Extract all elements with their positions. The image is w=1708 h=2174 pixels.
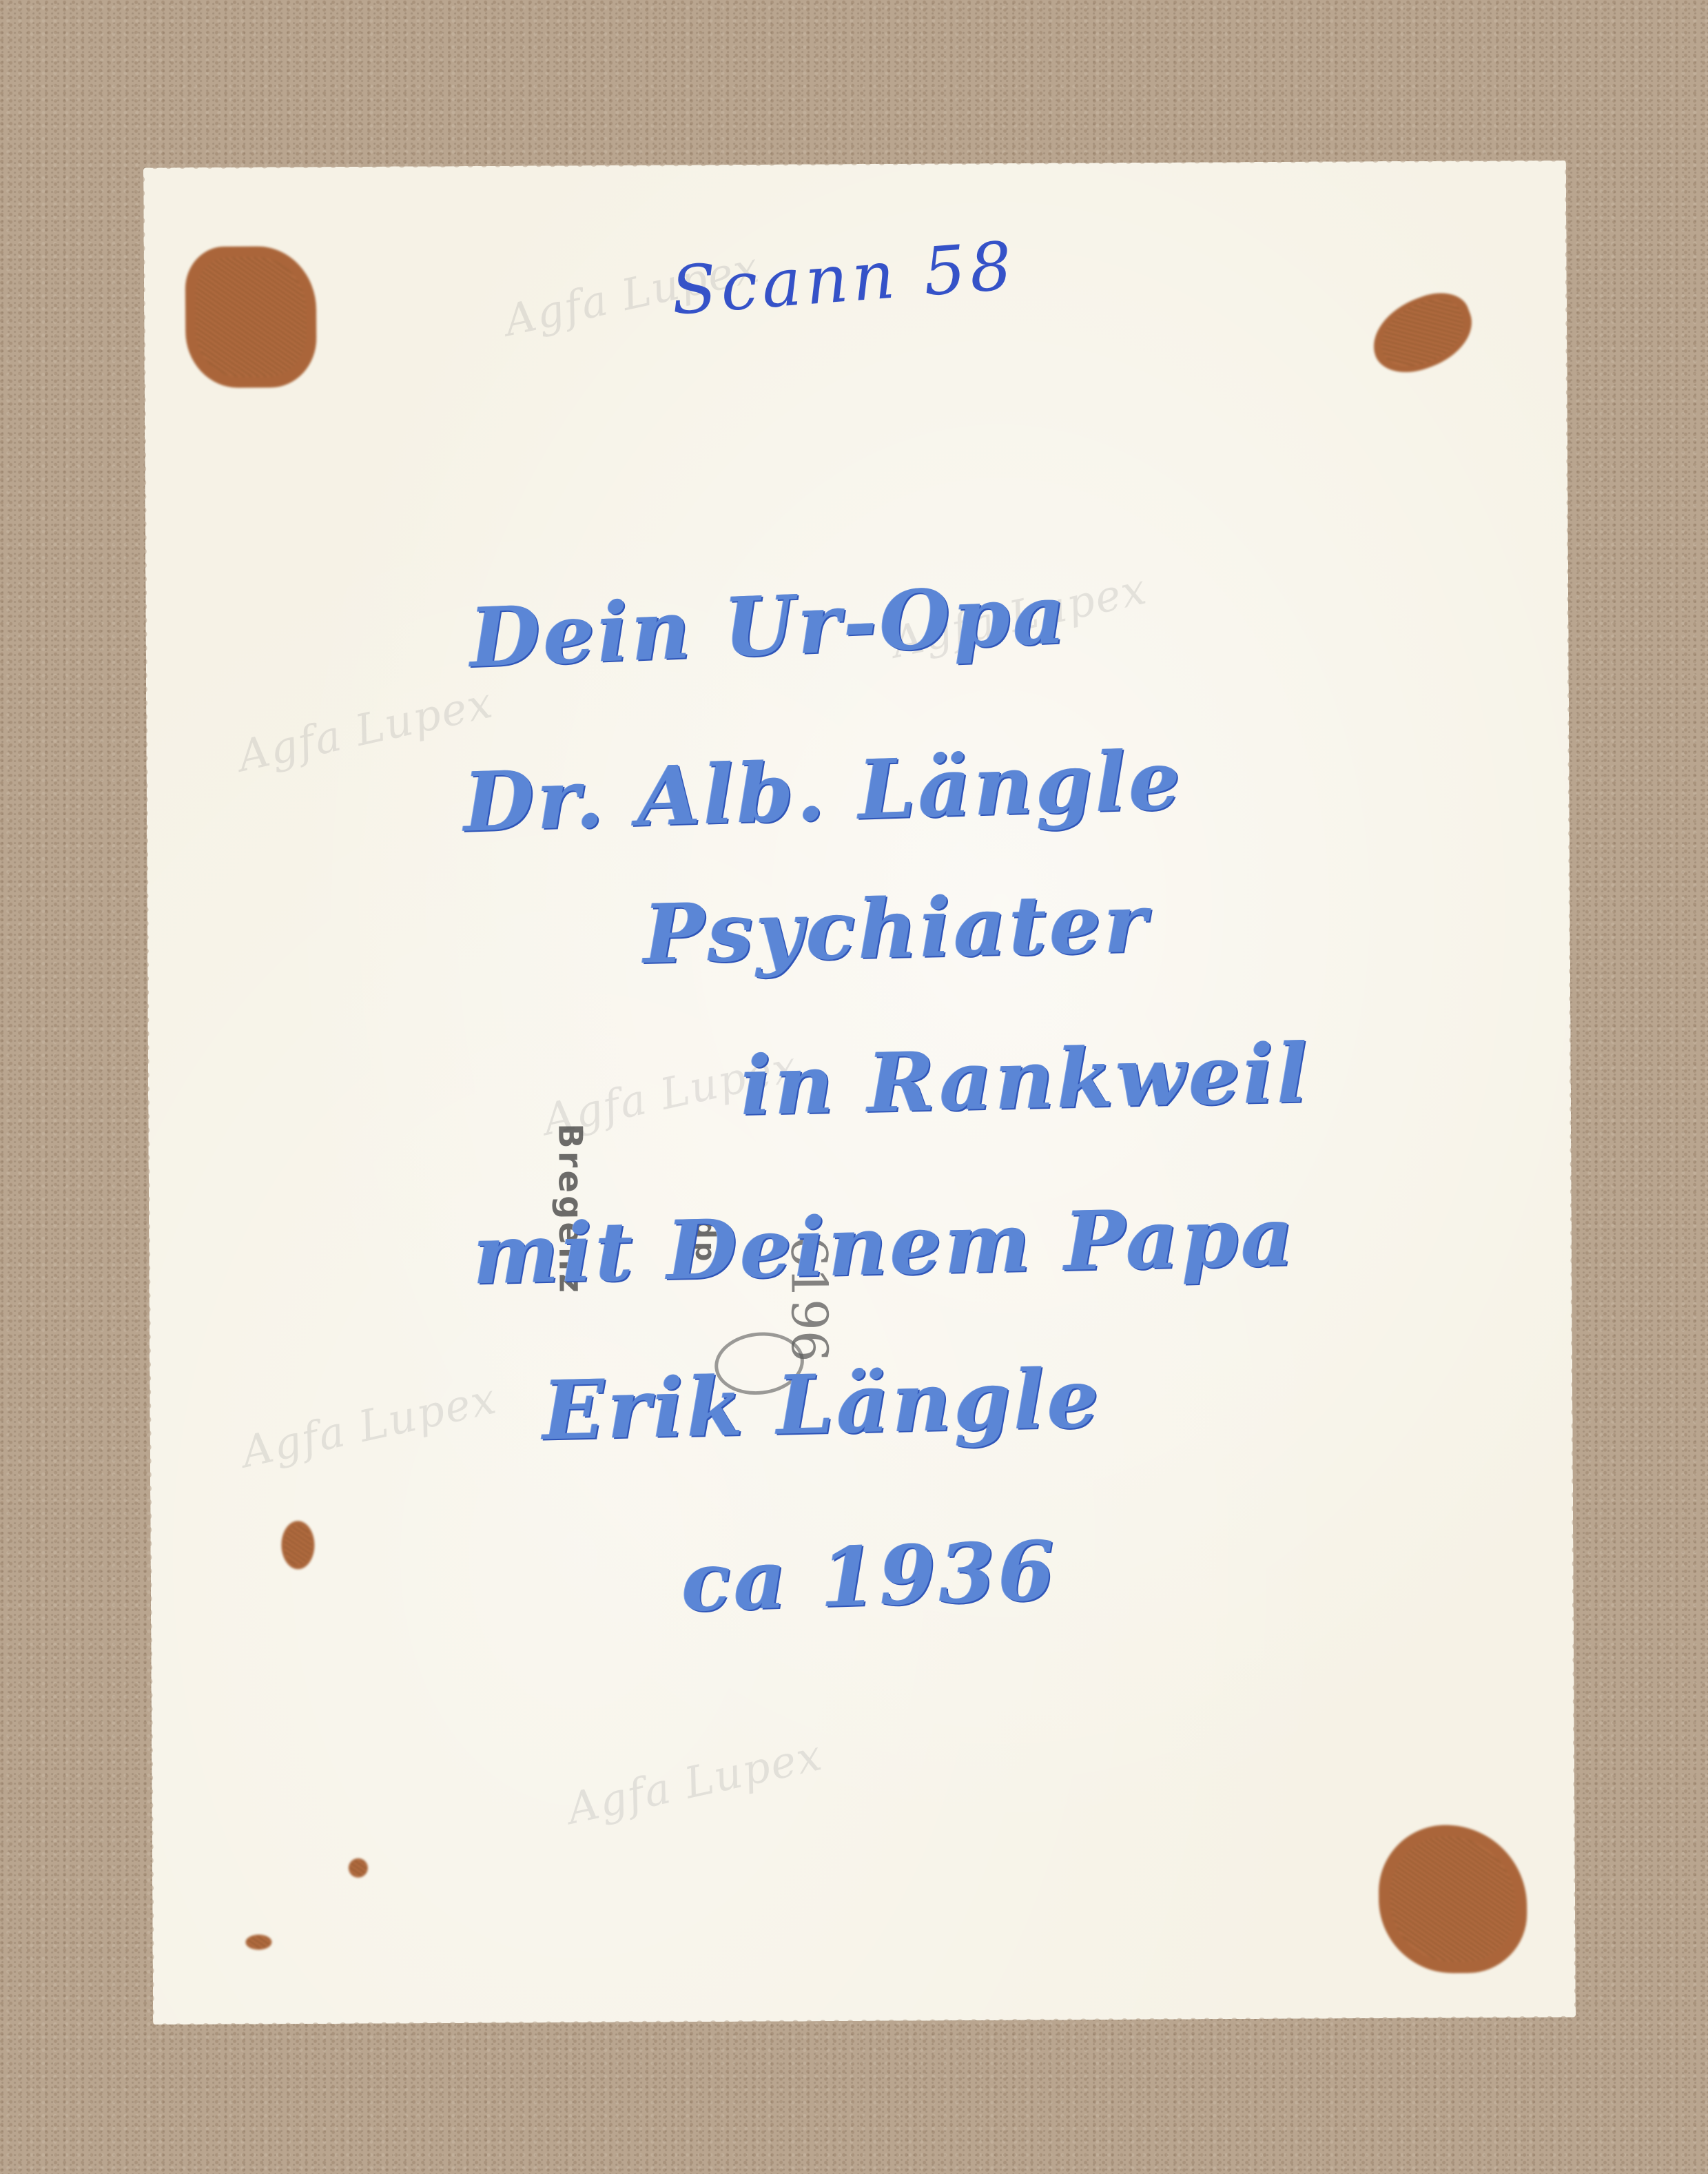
archive-label: Scann 58 — [668, 227, 1018, 329]
tape-remnant-bottom-right — [1379, 1825, 1527, 1973]
watermark: Agfa Lupex — [237, 1373, 501, 1477]
watermark: Agfa Lupex — [563, 1730, 827, 1834]
inscription-line-5: mit Deinem Papa — [472, 1188, 1297, 1302]
tape-remnant-top-left — [185, 246, 317, 388]
inscription-line-1: Dein Ur-Opa — [468, 566, 1070, 686]
tape-remnant-mid-left — [281, 1521, 314, 1569]
tape-speck — [349, 1858, 368, 1878]
inscription-line-2: Dr. Alb. Längle — [462, 732, 1184, 850]
watermark: Agfa Lupex — [234, 677, 497, 781]
inscription-line-7-date: ca 1936 — [680, 1522, 1059, 1630]
tape-speck — [245, 1934, 271, 1949]
inscription-line-4: in Rankweil — [739, 1025, 1311, 1134]
tape-remnant-top-right — [1362, 283, 1483, 384]
photo-back-card: Agfa Lupex Agfa Lupex Agfa Lupex Agfa Lu… — [143, 161, 1576, 2025]
inscription-line-3: Psychiater — [642, 874, 1150, 982]
inscription-line-6: Erik Längle — [542, 1350, 1102, 1458]
